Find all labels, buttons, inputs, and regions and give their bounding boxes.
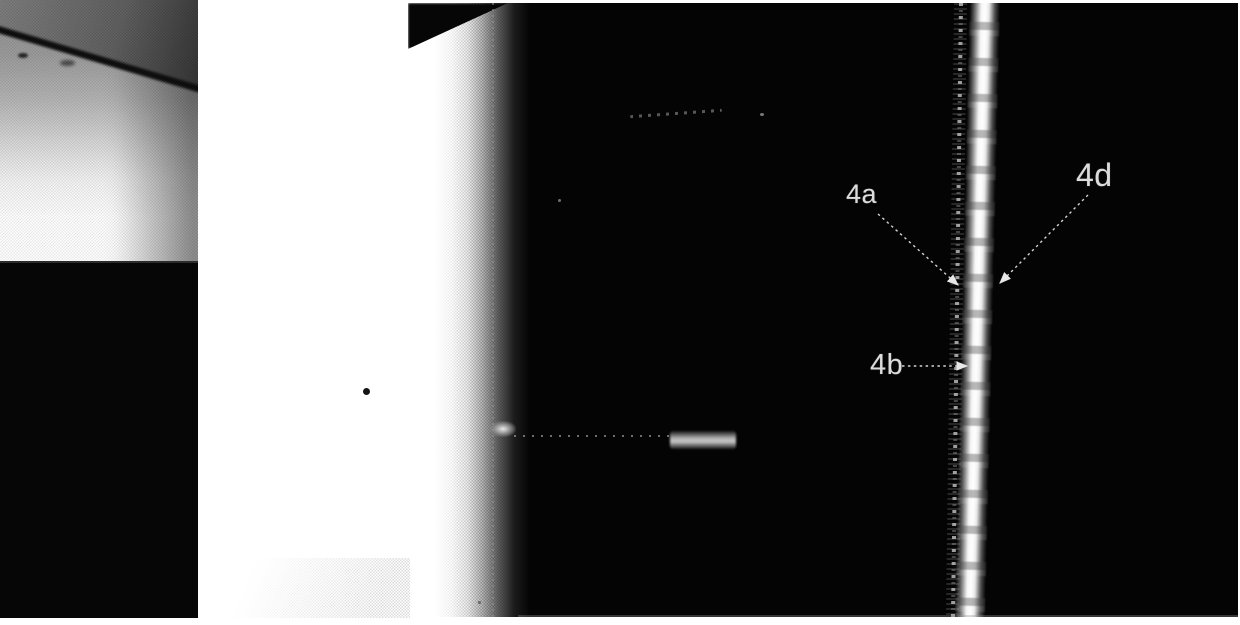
left-photo-grain-texture <box>0 0 198 263</box>
figure-canvas: 4a 4b 4d <box>0 0 1240 625</box>
photo-bottom-edge <box>518 615 1238 617</box>
stray-dot-artifact <box>363 388 370 395</box>
bright-blob <box>490 421 516 437</box>
speck <box>760 113 764 116</box>
annotation-label-4a: 4a <box>846 181 877 208</box>
gap-speckle-artifact <box>208 558 410 618</box>
wall-dither-texture <box>434 3 526 617</box>
speck <box>558 199 561 202</box>
speck <box>478 601 481 604</box>
left-photo-dark-lower-half <box>0 261 198 618</box>
annotation-label-4d: 4d <box>1076 159 1113 191</box>
faint-dotted-row <box>514 435 672 437</box>
faint-dotted-arc <box>630 109 722 118</box>
bright-horizontal-bar <box>670 431 736 449</box>
annotation-label-4b: 4b <box>870 351 903 380</box>
main-photo-panel <box>408 3 1238 617</box>
wall-corner-dotted-line <box>492 3 494 617</box>
left-photo-panel <box>0 0 198 618</box>
